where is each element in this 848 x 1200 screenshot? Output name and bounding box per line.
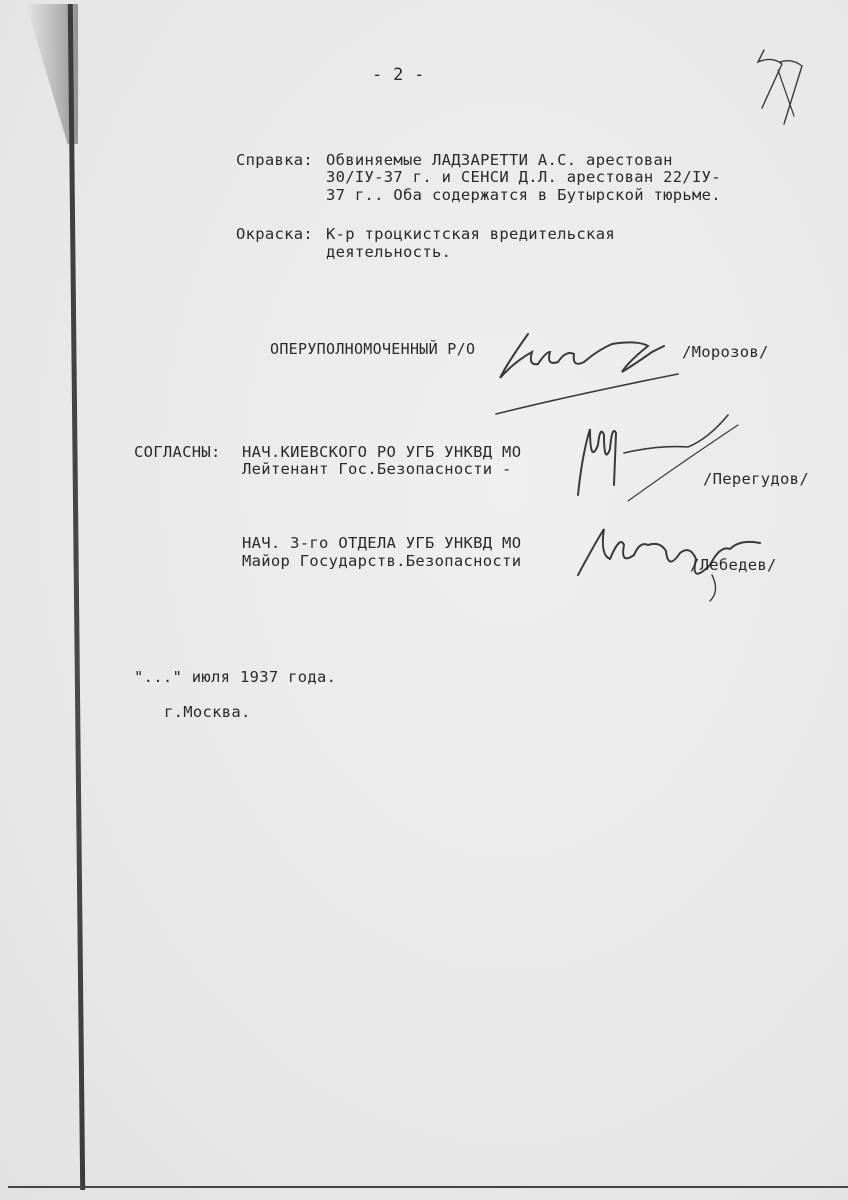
agreed-second-line-1: НАЧ. 3-го ОТДЕЛА УГБ УНКВД МО: [242, 534, 521, 552]
agreed-first-line-2: Лейтенант Гос.Безопасности -: [242, 460, 512, 478]
agreed-label: СОГЛАСНЫ:: [134, 443, 221, 461]
signature-peregudov: [568, 405, 748, 515]
coloring-label: Окраска:: [236, 225, 313, 243]
agreed-second-line-2: Майор Государств.Безопасности: [242, 552, 521, 570]
note-line-1: Обвиняемые ЛАДЗАРЕТТИ А.С. арестован: [326, 151, 673, 169]
signatory-title: ОПЕРУПОЛНОМОЧЕННЫЙ Р/О: [270, 340, 475, 358]
agreed-first-line-1: НАЧ.КИЕВСКОГО РО УГБ УНКВД МО: [242, 443, 521, 461]
page-number: - 2 -: [372, 66, 425, 84]
note-line-2: 30/IУ-37 г. и СЕНСИ Д.Л. арестован 22/IУ…: [326, 168, 721, 186]
note-label: Справка:: [236, 151, 313, 169]
note-line-3: 37 г.. Оба содержатся в Бутырской тюрьме…: [326, 186, 721, 204]
archive-number-handwritten: [752, 40, 822, 130]
agreed-first-name: /Перегудов/: [703, 470, 809, 488]
binding-edge: [68, 4, 85, 1190]
page-bottom-edge: [8, 1186, 848, 1188]
coloring-line-2: деятельность.: [326, 243, 451, 261]
document-page: - 2 - 77 Справка: Обвиняемые ЛАДЗАРЕТТИ …: [0, 0, 848, 1200]
agreed-second-name: /Лебедев/: [690, 556, 777, 574]
document-date: "..." июля 1937 года.: [134, 668, 336, 686]
coloring-line-1: К-р троцкистская вредительская: [326, 225, 615, 243]
signatory-name: /Морозов/: [682, 343, 769, 361]
document-place: г.Москва.: [164, 703, 251, 721]
